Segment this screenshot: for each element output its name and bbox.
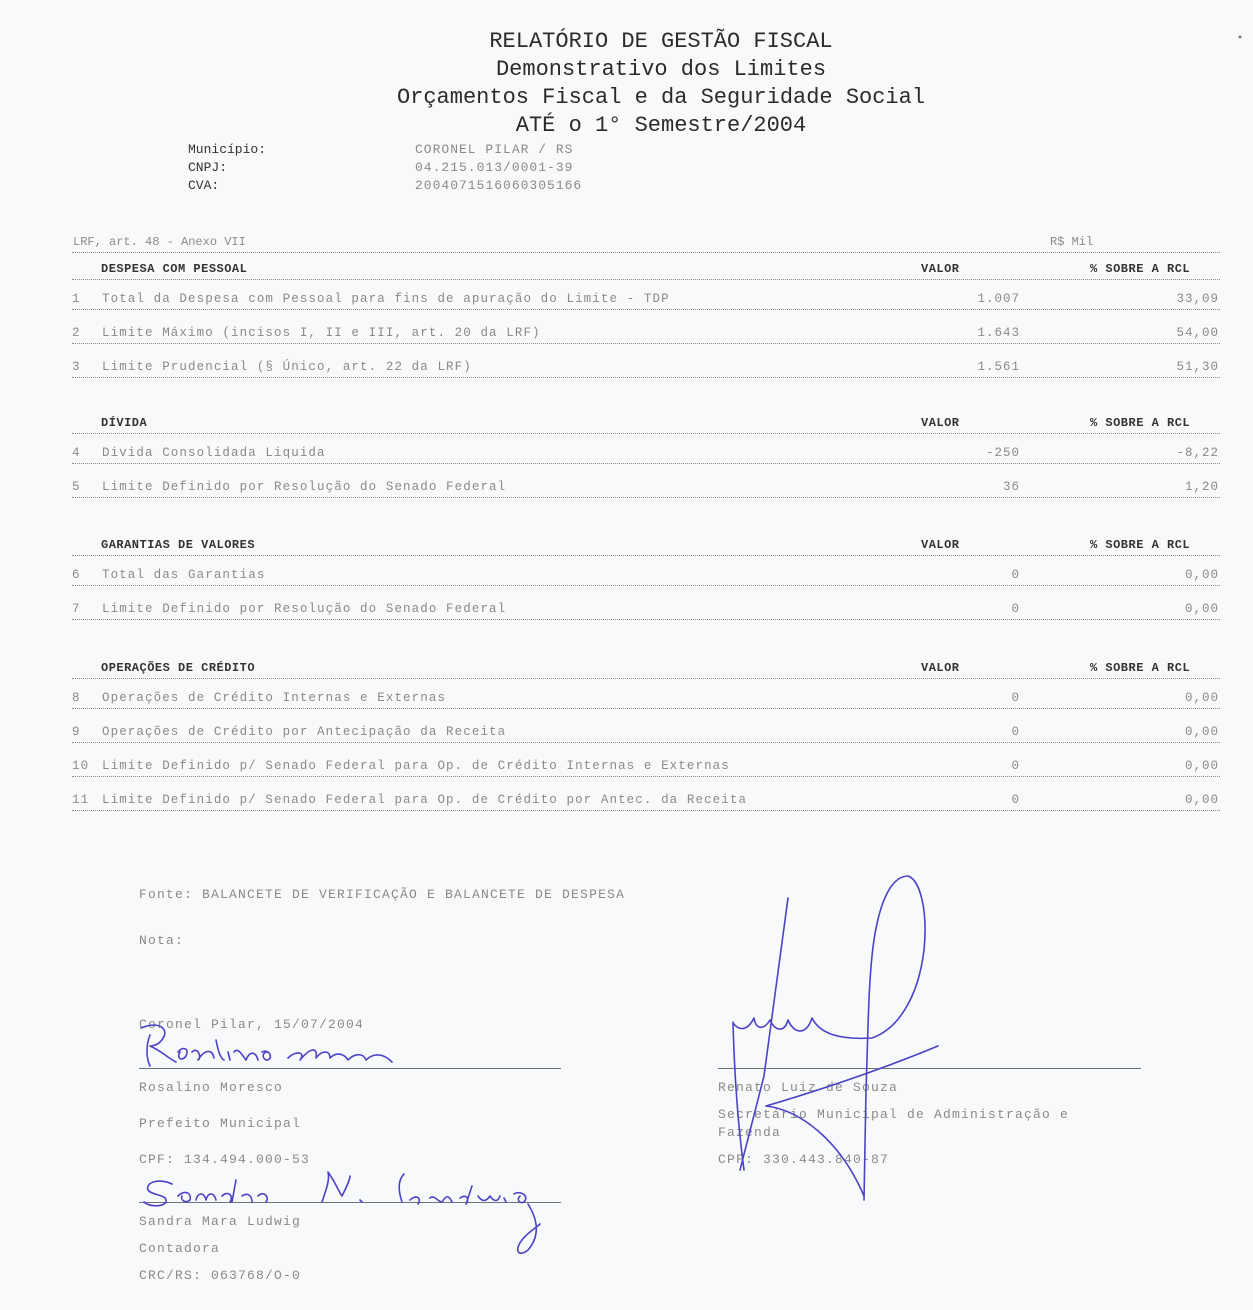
section-title: OPERAÇÕES DE CRÉDITO (101, 661, 255, 675)
row-number: 7 (72, 602, 81, 616)
divider (72, 343, 1220, 344)
divider (72, 555, 1220, 556)
meta-value: 04.215.013/0001-39 (415, 159, 573, 177)
place-date: Coronel Pilar, 15/07/2004 (139, 1017, 364, 1032)
row-number: 2 (72, 326, 81, 340)
column-header-valor: VALOR (921, 416, 960, 430)
row-label: Operações de Crédito por Antecipação da … (102, 725, 506, 739)
row-valor: 0 (1011, 691, 1020, 705)
meta-row: CNPJ: 04.215.013/0001-39 (188, 159, 582, 177)
row-pct: 54,00 (1176, 326, 1219, 340)
report-title-block: RELATÓRIO DE GESTÃO FISCAL Demonstrativo… (0, 28, 1253, 140)
source-note: Fonte: BALANCETE DE VERIFICAÇÃO E BALANC… (139, 887, 625, 902)
row-label: Limite Definido por Resolução do Senado … (102, 480, 506, 494)
divider (72, 585, 1220, 586)
accountant-crc: CRC/RS: 063768/O-0 (139, 1268, 301, 1283)
row-label: Total da Despesa com Pessoal para fins d… (102, 292, 670, 306)
row-number: 11 (72, 793, 89, 807)
column-header-pct: % SOBRE A RCL (1090, 416, 1190, 430)
meta-value: CORONEL PILAR / RS (415, 141, 573, 159)
row-label: Limite Prudencial (§ Único, art. 22 da L… (102, 360, 472, 374)
column-header-pct: % SOBRE A RCL (1090, 538, 1190, 552)
report-title: RELATÓRIO DE GESTÃO FISCAL (0, 28, 1253, 56)
meta-label: CNPJ: (188, 159, 415, 177)
row-valor: 36 (1003, 480, 1020, 494)
divider (72, 279, 1220, 280)
row-number: 9 (72, 725, 81, 739)
column-header-valor: VALOR (921, 262, 960, 276)
meta-value: 2004071516060305166 (415, 177, 582, 195)
row-pct: 0,00 (1185, 602, 1219, 616)
row-label: Limite Máximo (incisos I, II e III, art.… (102, 326, 541, 340)
row-valor: 0 (1011, 793, 1020, 807)
row-label: Operações de Crédito Internas e Externas (102, 691, 446, 705)
column-header-valor: VALOR (921, 661, 960, 675)
row-label: Limite Definido p/ Senado Federal para O… (102, 759, 730, 773)
secretary-role: Secretário Municipal de Administração e (718, 1107, 1069, 1122)
row-number: 3 (72, 360, 81, 374)
row-pct: 0,00 (1185, 568, 1219, 582)
secretary-role-cont: Fazenda (718, 1125, 781, 1140)
divider (72, 433, 1220, 434)
divider (72, 810, 1220, 811)
mayor-role: Prefeito Municipal (139, 1116, 301, 1131)
report-period: ATÉ o 1° Semestre/2004 (0, 112, 1253, 140)
row-number: 1 (72, 292, 81, 306)
report-scope: Orçamentos Fiscal e da Seguridade Social (0, 84, 1253, 112)
entity-info: Município: CORONEL PILAR / RS CNPJ: 04.2… (188, 141, 582, 195)
meta-row: CVA: 2004071516060305166 (188, 177, 582, 195)
row-number: 8 (72, 691, 81, 705)
mayor-name: Rosalino Moresco (139, 1080, 283, 1095)
mayor-cpf: CPF: 134.494.000-53 (139, 1152, 310, 1167)
column-header-pct: % SOBRE A RCL (1090, 661, 1190, 675)
row-label: Divida Consolidada Liquida (102, 446, 326, 460)
divider (72, 619, 1220, 620)
divider (72, 776, 1220, 777)
divider (72, 377, 1220, 378)
divider (72, 678, 1220, 679)
row-valor: 1.561 (977, 360, 1020, 374)
signature-line-accountant (139, 1202, 561, 1203)
row-number: 4 (72, 446, 81, 460)
divider (72, 252, 1220, 253)
row-pct: 0,00 (1185, 691, 1219, 705)
column-header-valor: VALOR (921, 538, 960, 552)
row-label: Limite Definido p/ Senado Federal para O… (102, 793, 747, 807)
section-title: DÍVIDA (101, 416, 147, 430)
row-valor: 0 (1011, 568, 1020, 582)
column-header-pct: % SOBRE A RCL (1090, 262, 1190, 276)
row-label: Limite Definido por Resolução do Senado … (102, 602, 506, 616)
accountant-name: Sandra Mara Ludwig (139, 1214, 301, 1229)
row-valor: 0 (1011, 602, 1020, 616)
row-number: 5 (72, 480, 81, 494)
meta-label: Município: (188, 141, 415, 159)
row-number: 6 (72, 568, 81, 582)
legal-reference: LRF, art. 48 - Anexo VII (73, 235, 246, 249)
row-valor: 1.007 (977, 292, 1020, 306)
row-pct: 0,00 (1185, 793, 1219, 807)
row-pct: 0,00 (1185, 725, 1219, 739)
divider (72, 309, 1220, 310)
row-valor: 1.643 (977, 326, 1020, 340)
row-pct: 0,00 (1185, 759, 1219, 773)
row-number: 10 (72, 759, 89, 773)
row-label: Total das Garantias (102, 568, 265, 582)
meta-label: CVA: (188, 177, 415, 195)
row-valor: 0 (1011, 759, 1020, 773)
accountant-role: Contadora (139, 1241, 220, 1256)
row-pct: -8,22 (1176, 446, 1219, 460)
row-pct: 1,20 (1185, 480, 1219, 494)
currency-unit: R$ Mil (1050, 235, 1093, 249)
divider (72, 708, 1220, 709)
row-valor: -250 (986, 446, 1020, 460)
secretary-name: Renato Luiz de Souza (718, 1080, 898, 1095)
divider (72, 497, 1220, 498)
report-subtitle: Demonstrativo dos Limites (0, 56, 1253, 84)
row-pct: 51,30 (1176, 360, 1219, 374)
signature-line-mayor (139, 1068, 561, 1069)
signature-line-secretary (718, 1068, 1141, 1069)
divider (72, 742, 1220, 743)
section-title: DESPESA COM PESSOAL (101, 262, 247, 276)
note-label: Nota: (139, 933, 184, 948)
section-title: GARANTIAS DE VALORES (101, 538, 255, 552)
row-pct: 33,09 (1176, 292, 1219, 306)
secretary-cpf: CPF: 330.443.840-87 (718, 1152, 889, 1167)
meta-row: Município: CORONEL PILAR / RS (188, 141, 582, 159)
divider (72, 463, 1220, 464)
row-valor: 0 (1011, 725, 1020, 739)
